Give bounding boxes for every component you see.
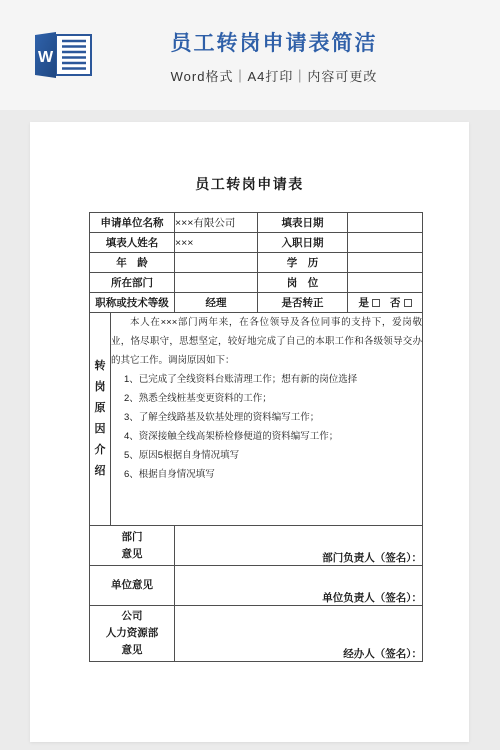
value-name: ××× [175,233,258,253]
reason-vertical-label: 转 岗 原 因 介 绍 [90,313,111,526]
reason-row: 转 岗 原 因 介 绍 本人在×××部门两年来，在各位领导及各位同事的支持下，爱… [90,313,423,526]
label-department: 所在部门 [90,273,175,293]
vlabel-char: 介 [95,440,106,461]
op-label-line: 人力资源部 [90,625,174,642]
label-education: 学 历 [258,253,348,273]
checkbox-yes-icon [372,299,380,307]
hr-signature: 经办人（签名）： [175,606,423,662]
reason-content: 本人在×××部门两年来，在各位领导及各位同事的支持下，爱岗敬业，恪尽职守，思想坚… [111,313,423,526]
word-logo-letter: W [38,49,54,66]
department-signature: 部门负责人（签名）： [175,526,423,566]
op-label-line: 部门 [90,529,174,546]
op-label-line: 单位意见 [90,577,174,594]
hr-opinion-label: 公司 人力资源部 意见 [90,606,175,662]
reason-item-1: 1、已完成了全线资料台账清理工作；想有新的岗位选择 [111,370,422,389]
word-logo-icon: W [35,32,93,78]
info-row-title-grade: 职称或技术等级 经理 是否转正 是否 [90,293,423,313]
reason-item-6: 6、根据自身情况填写 [111,465,422,484]
department-opinion-label: 部门 意见 [90,526,175,566]
vlabel-char: 绍 [95,461,106,482]
vlabel-char: 原 [95,398,106,419]
value-regularized: 是否 [348,293,423,313]
value-age [175,253,258,273]
value-fill-date [348,213,423,233]
reason-item-2: 2、熟悉全线桩基变更资料的工作； [111,389,422,408]
reason-item-5: 5、原因5根据自身情况填写 [111,446,422,465]
vlabel-char: 岗 [95,377,106,398]
label-title-grade: 职称或技术等级 [90,293,175,313]
transfer-form-table: 申请单位名称 ×××有限公司 填表日期 填表人姓名 ××× 入职日期 年 龄 学… [89,212,423,662]
value-department [175,273,258,293]
document-page: 员工转岗申请表 申请单位名称 ×××有限公司 填表日期 填表人姓名 ××× 入职… [30,122,469,742]
info-row-name: 填表人姓名 ××× 入职日期 [90,233,423,253]
unit-signature: 单位负责人（签名）： [175,566,423,606]
value-education [348,253,423,273]
label-hire-date: 入职日期 [258,233,348,253]
opinion-row-hr: 公司 人力资源部 意见 经办人（签名）： [90,606,423,662]
info-row-company: 申请单位名称 ×××有限公司 填表日期 [90,213,423,233]
label-age: 年 龄 [90,253,175,273]
info-row-age: 年 龄 学 历 [90,253,423,273]
banner-text: 员工转岗申请表简洁 Word格式｜A4打印｜内容可更改 [93,25,500,85]
regularized-no-label: 否 [390,297,401,309]
vlabel-char: 因 [95,419,106,440]
reason-item-3: 3、了解全线路基及软基处理的资料编写工作； [111,408,422,427]
vlabel-char: 转 [95,356,106,377]
regularized-yes-label: 是 [359,297,370,309]
template-banner: W 员工转岗申请表简洁 Word格式｜A4打印｜内容可更改 [0,0,500,110]
op-label-line: 公司 [90,608,174,625]
banner-subtitle: Word格式｜A4打印｜内容可更改 [93,66,455,85]
label-company: 申请单位名称 [90,213,175,233]
reason-item-4: 4、资深接触全线高架桥检修便道的资料编写工作； [111,427,422,446]
label-position: 岗 位 [258,273,348,293]
value-position [348,273,423,293]
opinion-row-department: 部门 意见 部门负责人（签名）： [90,526,423,566]
info-row-department: 所在部门 岗 位 [90,273,423,293]
label-regularized: 是否转正 [258,293,348,313]
opinion-row-unit: 单位意见 单位负责人（签名）： [90,566,423,606]
value-title-grade: 经理 [175,293,258,313]
label-fill-date: 填表日期 [258,213,348,233]
reason-paragraph: 本人在×××部门两年来，在各位领导及各位同事的支持下，爱岗敬业，恪尽职守，思想坚… [111,313,422,370]
form-title: 员工转岗申请表 [30,122,469,194]
value-company: ×××有限公司 [175,213,258,233]
label-name: 填表人姓名 [90,233,175,253]
op-label-line: 意见 [90,546,174,563]
banner-title: 员工转岗申请表简洁 [93,27,455,57]
unit-opinion-label: 单位意见 [90,566,175,606]
op-label-line: 意见 [90,642,174,659]
value-hire-date [348,233,423,253]
checkbox-no-icon [404,299,412,307]
